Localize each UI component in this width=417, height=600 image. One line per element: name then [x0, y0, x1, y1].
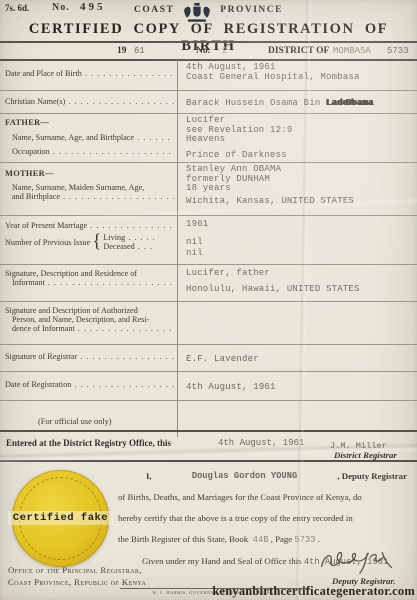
entered-date-typed: 4th August, 1961 — [218, 438, 304, 448]
father-name-label: Name, Surname, Age, and Birthplace — [5, 133, 174, 142]
living-value: nil — [186, 238, 417, 248]
cert-after-name: , Deputy Registrar — [337, 466, 407, 487]
page-typed: 5733 — [294, 535, 315, 545]
father-occupation-label: Occupation — [5, 147, 174, 156]
christian-name-label: Christian Name(s) — [5, 97, 174, 106]
office-line-1: Office of the Principal Registrar, — [8, 565, 142, 575]
marriage-year-value: 1961 — [186, 220, 417, 230]
registration-form: Date and Place of Birth 4th August, 1961… — [0, 60, 417, 437]
gold-seal-icon: Certified fake — [12, 470, 109, 567]
row-father: FATHER— Name, Surname, Age, and Birthpla… — [0, 114, 417, 163]
registration-date-value: 4th August, 1961 — [186, 382, 276, 392]
informant-label-1: Signature, Description and Residence of — [5, 269, 174, 278]
father-occupation-value: Prince of Darkness — [186, 151, 417, 161]
authorized-label-2: Person, and Name, Description, and Resi- — [5, 315, 174, 324]
row-registration-date: Date of Registration 4th August, 1961 — [0, 372, 417, 401]
province-label: PROVINCE — [220, 5, 283, 15]
father-section-label: FATHER— — [5, 118, 174, 127]
mother-value-4: Wichita, Kansas, UNITED STATES — [186, 197, 417, 207]
father-name-value-3: Heavens — [186, 135, 417, 145]
mother-name-label-1: Name, Surname, Maiden Surname, Age, — [5, 183, 174, 192]
serial-typed: 5733 — [387, 46, 409, 56]
district-typed: MOMBASA — [333, 46, 371, 56]
informant-label-2: Informant — [5, 278, 174, 287]
handwritten-signature-icon — [316, 541, 400, 579]
row-christian-name: Christian Name(s) Barack Hussein Osama B… — [0, 91, 417, 114]
date-place-value-2: Coast General Hospital, Mombasa — [186, 73, 417, 83]
book-typed: 44B — [253, 535, 269, 545]
marriage-year-label: Year of Present Marriage — [5, 221, 174, 230]
mother-value-3: 18 years — [186, 184, 417, 194]
cert-i-label: I, — [146, 466, 152, 487]
entry-no-label: No. — [196, 46, 210, 56]
authorized-label-1: Signature and Description of Authorized — [5, 306, 174, 315]
brace-glyph: { — [92, 233, 101, 251]
date-place-label: Date and Place of Birth — [5, 69, 174, 78]
cert-line-2: of Births, Deaths, and Marriages for the… — [118, 487, 409, 508]
authorized-value-empty — [178, 302, 417, 344]
mother-section-label: MOTHER— — [5, 169, 174, 178]
cert-line-3: hereby certify that the above is a true … — [118, 508, 409, 529]
row-informant: Signature, Description and Residence of … — [0, 265, 417, 302]
previous-issue-label: Number of Previous Issue — [5, 238, 90, 247]
registrar-signature-label: Signature of Registrar — [5, 352, 174, 361]
district-label: DISTRICT OF — [268, 46, 329, 56]
generator-watermark: kenyanbirthcertificategenerator.com — [212, 584, 415, 599]
informant-value-1: Lucifer, father — [186, 269, 417, 279]
district-registrar-title: District Registrar — [334, 450, 397, 460]
coast-label: COAST — [134, 5, 174, 15]
authorized-label-3: dence of Informant — [5, 324, 174, 333]
mother-name-label-2: and Birthplace — [5, 192, 174, 201]
row-date-place: Date and Place of Birth 4th August, 1961… — [0, 60, 417, 91]
entered-text: Entered at the District Registry Office,… — [6, 438, 171, 448]
registrar-signature-value: E.F. Lavender — [186, 354, 259, 364]
entry-no-typed: 2 — [222, 46, 227, 56]
informant-value-2: Honolulu, Hawaii, UNITED STATES — [186, 285, 417, 295]
certified-fake-stamp: Certified fake — [8, 511, 113, 525]
overtyped-word-2: Obama — [346, 98, 374, 108]
deceased-value: nil — [186, 249, 417, 259]
row-marriage-issue: Year of Present Marriage Number of Previ… — [0, 216, 417, 265]
deceased-label: Deceased — [103, 242, 155, 251]
christian-name-value: Barack Hussein Osama Bin Laden Obama — [186, 98, 374, 108]
row-mother: MOTHER— Name, Surname, Maiden Surname, A… — [0, 163, 417, 216]
year-printed: 19 — [117, 46, 127, 56]
office-line-2: Coast Province, Republic of Kenya — [8, 577, 146, 587]
row-authorized-person: Signature and Description of Authorized … — [0, 302, 417, 345]
entered-strip: Entered at the District Registry Office,… — [0, 430, 417, 462]
registration-date-label: Date of Registration — [5, 380, 174, 389]
birth-certificate-document: 7s. 6d. No. 495 COAST PROVINCE CERTIFIED… — [0, 0, 417, 600]
row-registrar-signature: Signature of Registrar E.F. Lavender — [0, 345, 417, 372]
registration-band: 19 61 No. 2 DISTRICT OF MOMBASA 5733 — [0, 43, 417, 59]
deputy-registrar-name-typed: Douglas Gordon YOUNG — [192, 466, 298, 487]
living-label: Living — [103, 233, 155, 242]
year-typed: 61 — [134, 46, 145, 56]
